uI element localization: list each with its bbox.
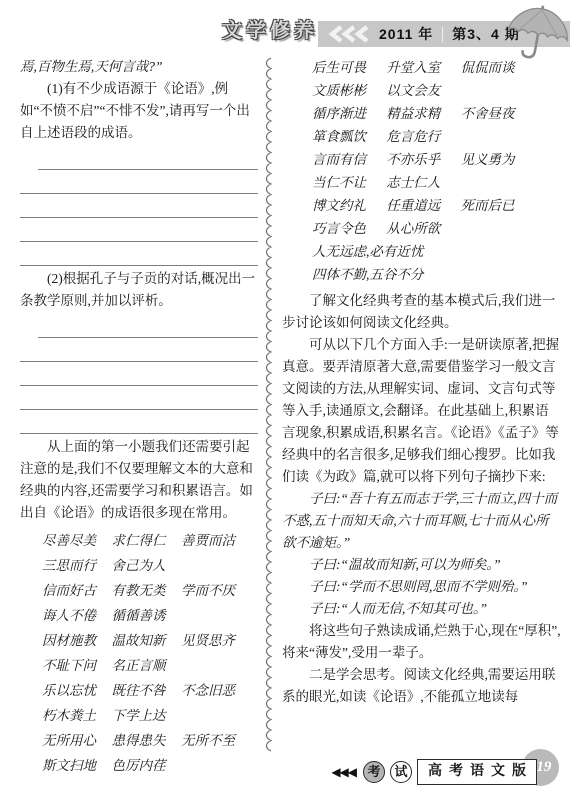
idiom: 巧言令色 bbox=[312, 217, 366, 240]
answer-lines-1 bbox=[20, 146, 258, 266]
idiom: 不念旧恶 bbox=[181, 678, 235, 703]
answer-line bbox=[20, 410, 258, 434]
paragraph-4: 二是学会思考。阅读文化经典,需要运用联系的眼光,如读《论语》,不能孤立地读每 bbox=[282, 664, 562, 708]
issue-year: 2011 年 bbox=[379, 23, 433, 45]
idiom-row: 人无远虑,必有近忧 bbox=[312, 240, 562, 263]
left-paragraph: 从上面的第一小题我们还需要引起注意的是,我们不仅要理解文本的大意和经典的内容,还… bbox=[20, 436, 258, 524]
answer-line bbox=[20, 194, 258, 218]
idiom: 三思而行 bbox=[42, 553, 96, 578]
idiom: 下学上达 bbox=[112, 703, 166, 728]
idiom-row: 斯文扫地色厉内荏 bbox=[42, 753, 258, 778]
idiom-row: 朽木粪土下学上达 bbox=[42, 703, 258, 728]
answer-line bbox=[20, 218, 258, 242]
answer-lines-2 bbox=[20, 314, 258, 434]
answer-line bbox=[20, 386, 258, 410]
bar-divider bbox=[442, 27, 443, 42]
answer-line bbox=[38, 314, 258, 338]
page-footer: ◀◀◀ 考 试 高考语文版 119 bbox=[331, 752, 559, 792]
idiom: 见义勇为 bbox=[461, 148, 515, 171]
magazine-page: 文学修养 2011 年 第3、4 期 焉,百物生焉,天何言哉?” (1)有不少成… bbox=[0, 0, 581, 800]
idiom: 人无远虑,必有近忧 bbox=[312, 240, 423, 263]
exam-badge-shi: 试 bbox=[390, 761, 412, 783]
idiom-row: 文质彬彬以文会友 bbox=[312, 79, 562, 102]
column-divider-wave-icon bbox=[263, 56, 277, 756]
page-body: 焉,百物生焉,天何言哉?” (1)有不少成语源于《论语》,例如“不愤不启”“不悱… bbox=[20, 56, 562, 756]
idiom-row: 箪食瓢饮危言危行 bbox=[312, 125, 562, 148]
paragraph-2: 可从以下几个方面入手:一是研读原著,把握真意。要弄清原著大意,需要借鉴学习一般文… bbox=[282, 334, 562, 488]
umbrella-icon bbox=[500, 0, 576, 71]
idiom: 危言危行 bbox=[386, 125, 440, 148]
idiom-row: 循序渐进精益求精不舍昼夜 bbox=[312, 102, 562, 125]
left-column: 焉,百物生焉,天何言哉?” (1)有不少成语源于《论语》,例如“不愤不启”“不悱… bbox=[20, 56, 258, 756]
idiom-row: 巧言令色从心所欲 bbox=[312, 217, 562, 240]
answer-line bbox=[38, 146, 258, 170]
idiom: 诲人不倦 bbox=[42, 603, 96, 628]
idiom: 尽善尽美 bbox=[42, 528, 96, 553]
idiom: 精益求精 bbox=[386, 102, 440, 125]
left-idiom-list: 尽善尽美求仁得仁善贾而沽三思而行舍己为人信而好古有教无类学而不厌诲人不倦循循善诱… bbox=[20, 528, 258, 778]
idiom: 不舍昼夜 bbox=[461, 102, 515, 125]
idiom: 任重道远 bbox=[386, 194, 440, 217]
idiom: 四体不勤,五谷不分 bbox=[312, 263, 423, 286]
journal-title: 文学修养 bbox=[222, 20, 318, 42]
triple-chevron-left-icon bbox=[328, 25, 370, 43]
idiom: 循循善诱 bbox=[112, 603, 166, 628]
paragraph-1: 了解文化经典考查的基本模式后,我们进一步讨论该如何阅读文化经典。 bbox=[282, 290, 562, 334]
idiom-row: 言而有信不亦乐乎见义勇为 bbox=[312, 148, 562, 171]
idiom: 色厉内荏 bbox=[112, 753, 166, 778]
idiom: 舍己为人 bbox=[112, 553, 166, 578]
idiom: 以文会友 bbox=[386, 79, 440, 102]
idiom-row: 当仁不让志士仁人 bbox=[312, 171, 562, 194]
idiom: 升堂入室 bbox=[386, 56, 440, 79]
idiom: 言而有信 bbox=[312, 148, 366, 171]
idiom: 有教无类 bbox=[112, 578, 166, 603]
idiom: 博文约礼 bbox=[312, 194, 366, 217]
idiom: 无所不至 bbox=[181, 728, 235, 753]
analects-quote-1: 子曰:“吾十有五而志于学,三十而立,四十而不惑,五十而知天命,六十而耳顺,七十而… bbox=[282, 488, 562, 554]
answer-line bbox=[20, 170, 258, 194]
column-divider bbox=[258, 56, 282, 756]
analects-quote-4: 子曰:“人而无信,不知其可也。” bbox=[282, 598, 562, 620]
analects-quote-2: 子曰:“温故而知新,可以为师矣。” bbox=[282, 554, 562, 576]
idiom: 既往不咎 bbox=[112, 678, 166, 703]
idiom: 志士仁人 bbox=[386, 171, 440, 194]
answer-line bbox=[20, 242, 258, 266]
idiom: 善贾而沽 bbox=[181, 528, 235, 553]
idiom-row: 乐以忘忧既往不咎不念旧恶 bbox=[42, 678, 258, 703]
idiom: 温故知新 bbox=[112, 628, 166, 653]
idiom: 名正言顺 bbox=[112, 653, 166, 678]
idiom: 文质彬彬 bbox=[312, 79, 366, 102]
page-header: 文学修养 2011 年 第3、4 期 bbox=[0, 14, 581, 52]
idiom-row: 不耻下问名正言顺 bbox=[42, 653, 258, 678]
idiom: 见贤思齐 bbox=[181, 628, 235, 653]
idiom: 当仁不让 bbox=[312, 171, 366, 194]
idiom: 无所用心 bbox=[42, 728, 96, 753]
idiom: 后生可畏 bbox=[312, 56, 366, 79]
answer-line bbox=[20, 362, 258, 386]
right-column: 后生可畏升堂入室侃侃而谈文质彬彬以文会友循序渐进精益求精不舍昼夜箪食瓢饮危言危行… bbox=[282, 56, 562, 756]
triple-triangle-left-icon: ◀◀◀ bbox=[331, 761, 356, 783]
idiom: 信而好古 bbox=[42, 578, 96, 603]
idiom-row: 三思而行舍己为人 bbox=[42, 553, 258, 578]
idiom: 因材施教 bbox=[42, 628, 96, 653]
idiom: 循序渐进 bbox=[312, 102, 366, 125]
paragraph-3: 将这些句子熟读成诵,烂熟于心,现在“厚积”,将来“薄发”,受用一辈子。 bbox=[282, 620, 562, 664]
idiom: 学而不厌 bbox=[181, 578, 235, 603]
idiom-row: 博文约礼任重道远死而后已 bbox=[312, 194, 562, 217]
right-idiom-list: 后生可畏升堂入室侃侃而谈文质彬彬以文会友循序渐进精益求精不舍昼夜箪食瓢饮危言危行… bbox=[282, 56, 562, 286]
idiom-row: 诲人不倦循循善诱 bbox=[42, 603, 258, 628]
answer-line bbox=[20, 338, 258, 362]
idiom: 从心所欲 bbox=[386, 217, 440, 240]
idiom: 死而后已 bbox=[461, 194, 515, 217]
idiom-row: 无所用心患得患失无所不至 bbox=[42, 728, 258, 753]
idiom: 求仁得仁 bbox=[112, 528, 166, 553]
idiom-row: 尽善尽美求仁得仁善贾而沽 bbox=[42, 528, 258, 553]
analects-quote-3: 子曰:“学而不思则罔,思而不学则殆。” bbox=[282, 576, 562, 598]
question-1: (1)有不少成语源于《论语》,例如“不愤不启”“不悱不发”,请再写一个出自上述语… bbox=[20, 78, 258, 144]
edition-label: 高考语文版 bbox=[417, 759, 537, 785]
idiom-row: 因材施教温故知新见贤思齐 bbox=[42, 628, 258, 653]
idiom: 不亦乐乎 bbox=[386, 148, 440, 171]
idiom: 斯文扫地 bbox=[42, 753, 96, 778]
idiom: 不耻下问 bbox=[42, 653, 96, 678]
idiom-row: 信而好古有教无类学而不厌 bbox=[42, 578, 258, 603]
idiom-row: 四体不勤,五谷不分 bbox=[312, 263, 562, 286]
idiom: 乐以忘忧 bbox=[42, 678, 96, 703]
idiom: 患得患失 bbox=[112, 728, 166, 753]
idiom: 箪食瓢饮 bbox=[312, 125, 366, 148]
question-2: (2)根据孔子与子贡的对话,概况出一条教学原则,并加以评析。 bbox=[20, 268, 258, 312]
exam-badge-kao: 考 bbox=[363, 761, 385, 783]
idiom: 朽木粪土 bbox=[42, 703, 96, 728]
quote-tail: 焉,百物生焉,天何言哉?” bbox=[20, 56, 258, 78]
